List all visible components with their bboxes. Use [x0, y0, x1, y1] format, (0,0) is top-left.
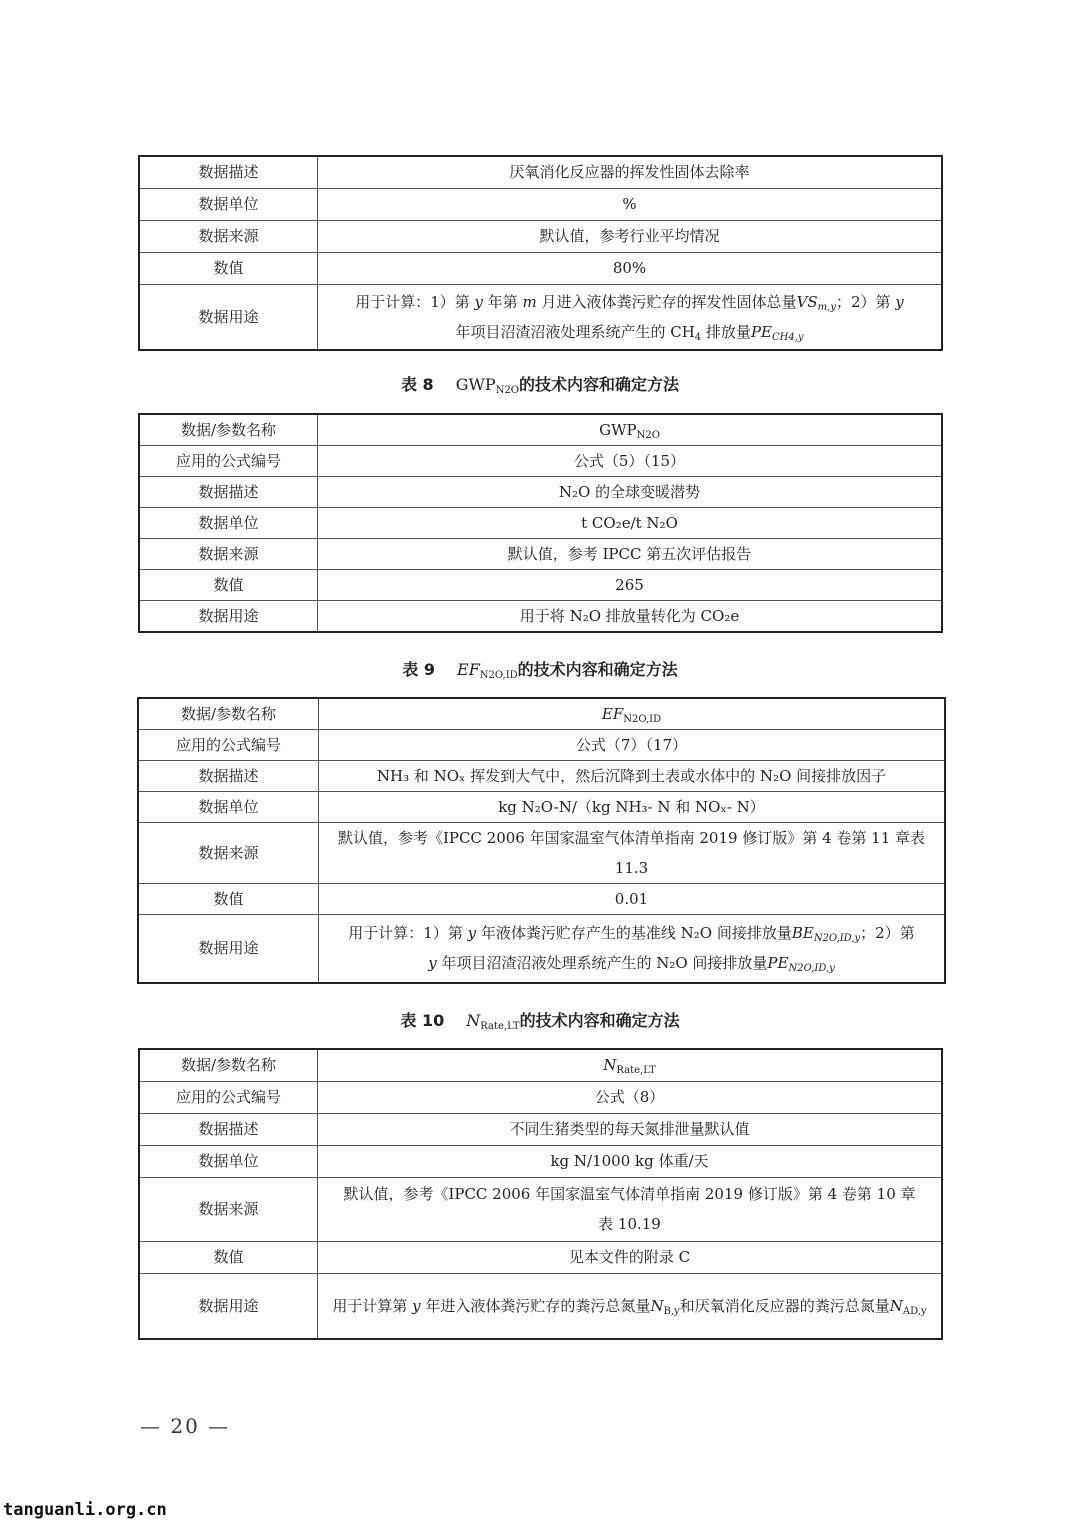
row-label: 数据用途	[139, 601, 318, 633]
table-8-caption: 表 8GWPN2O的技术内容和确定方法	[0, 372, 1080, 395]
row-value: NRate,LT	[318, 1049, 943, 1081]
math-symbol: PE	[767, 954, 788, 972]
table-row: 数据来源 默认值，参考《IPCC 2006 年国家温室气体清单指南 2019 修…	[139, 1177, 942, 1241]
table-row: 数据/参数名称 GWPN2O	[139, 414, 942, 446]
table-row: 数据单位 t CO₂e/t N₂O	[139, 508, 942, 539]
row-label: 数值	[139, 252, 318, 284]
row-value: 默认值，参考行业平均情况	[318, 220, 943, 252]
row-label: 数值	[138, 884, 319, 915]
table-row: 数据/参数名称 EFN2O,ID	[138, 698, 945, 730]
row-label: 数据单位	[139, 188, 318, 220]
table-row: 数据单位 kg N₂O-N/（kg NH₃- N 和 NOₓ- N）	[138, 792, 945, 823]
row-value: kg N/1000 kg 体重/天	[318, 1145, 943, 1177]
row-value: 用于将 N₂O 排放量转化为 CO₂e	[318, 601, 943, 633]
row-value: 厌氧消化反应器的挥发性固体去除率	[318, 156, 943, 188]
row-label: 数据/参数名称	[138, 698, 319, 730]
table-8: 数据/参数名称 GWPN2O 应用的公式编号 公式（5）（15） 数据描述 N₂…	[138, 413, 943, 633]
row-value: 80%	[318, 252, 943, 284]
table-9: 数据/参数名称 EFN2O,ID 应用的公式编号 公式（7）（17） 数据描述 …	[137, 697, 946, 984]
row-value: 用于计算：1）第 y 年第 m 月进入液体粪污贮存的挥发性固体总量VSm,y；2…	[318, 284, 943, 350]
table-row: 数据/参数名称 NRate,LT	[139, 1049, 942, 1081]
table-row: 数据描述 厌氧消化反应器的挥发性固体去除率	[139, 156, 942, 188]
row-label: 数据描述	[139, 477, 318, 508]
row-label: 数据描述	[139, 156, 318, 188]
row-value: 公式（5）（15）	[318, 446, 943, 477]
math-symbol: PE	[751, 323, 772, 341]
table-row: 数据用途 用于计算：1）第 y 年液体粪污贮存产生的基准线 N₂O 间接排放量B…	[138, 915, 945, 983]
row-value: kg N₂O-N/（kg NH₃- N 和 NOₓ- N）	[319, 792, 946, 823]
math-symbol: N	[650, 1297, 663, 1315]
row-label: 数值	[139, 1241, 318, 1273]
row-label: 数据/参数名称	[139, 414, 318, 446]
row-value: 公式（7）（17）	[319, 730, 946, 761]
table-row: 数据单位 kg N/1000 kg 体重/天	[139, 1145, 942, 1177]
page-number: — 20 —	[140, 1414, 230, 1438]
row-label: 数据用途	[139, 1273, 318, 1339]
math-symbol: VS	[797, 293, 818, 311]
row-value: NH₃ 和 NOₓ 挥发到大气中，然后沉降到土表或水体中的 N₂O 间接排放因子	[319, 761, 946, 792]
row-value: 默认值，参考《IPCC 2006 年国家温室气体清单指南 2019 修订版》第 …	[319, 823, 946, 884]
table-row: 数据用途 用于将 N₂O 排放量转化为 CO₂e	[139, 601, 942, 633]
table-row: 数据来源 默认值，参考行业平均情况	[139, 220, 942, 252]
row-label: 应用的公式编号	[139, 446, 318, 477]
row-label: 数据描述	[138, 761, 319, 792]
row-value: 不同生猪类型的每天氮排泄量默认值	[318, 1113, 943, 1145]
row-label: 数据来源	[139, 539, 318, 570]
table-row: 数值 见本文件的附录 C	[139, 1241, 942, 1273]
math-symbol: N	[890, 1297, 903, 1315]
row-value: 见本文件的附录 C	[318, 1241, 943, 1273]
math-symbol: BE	[792, 924, 814, 942]
table-10-caption: 表 10NRate,LT的技术内容和确定方法	[0, 1008, 1080, 1031]
table-row: 数值 265	[139, 570, 942, 601]
row-value: 默认值，参考《IPCC 2006 年国家温室气体清单指南 2019 修订版》第 …	[318, 1177, 943, 1241]
row-value: 用于计算第 y 年进入液体粪污贮存的粪污总氮量NB,y和厌氧消化反应器的粪污总氮…	[318, 1273, 943, 1339]
row-value: 公式（8）	[318, 1081, 943, 1113]
row-value: 用于计算：1）第 y 年液体粪污贮存产生的基准线 N₂O 间接排放量BEN2O,…	[319, 915, 946, 983]
table-row: 数据描述 NH₃ 和 NOₓ 挥发到大气中，然后沉降到土表或水体中的 N₂O 间…	[138, 761, 945, 792]
table-9-caption: 表 9EFN2O,ID的技术内容和确定方法	[0, 657, 1080, 680]
row-value: 默认值，参考 IPCC 第五次评估报告	[318, 539, 943, 570]
row-label: 数据来源	[138, 823, 319, 884]
row-value: t CO₂e/t N₂O	[318, 508, 943, 539]
row-label: 应用的公式编号	[139, 1081, 318, 1113]
row-label: 数值	[139, 570, 318, 601]
table-row: 数据用途 用于计算：1）第 y 年第 m 月进入液体粪污贮存的挥发性固体总量VS…	[139, 284, 942, 350]
row-value: EFN2O,ID	[319, 698, 946, 730]
table-row: 数据用途 用于计算第 y 年进入液体粪污贮存的粪污总氮量NB,y和厌氧消化反应器…	[139, 1273, 942, 1339]
table-10: 数据/参数名称 NRate,LT 应用的公式编号 公式（8） 数据描述 不同生猪…	[138, 1048, 943, 1340]
row-label: 数据用途	[139, 284, 318, 350]
row-value: 0.01	[319, 884, 946, 915]
table-row: 数据描述 N₂O 的全球变暖潜势	[139, 477, 942, 508]
row-value: GWPN2O	[318, 414, 943, 446]
row-value: %	[318, 188, 943, 220]
watermark: tanguanli.org.cn	[3, 1500, 167, 1520]
row-label: 数据用途	[138, 915, 319, 983]
table-row: 应用的公式编号 公式（8）	[139, 1081, 942, 1113]
row-label: 应用的公式编号	[138, 730, 319, 761]
row-value: N₂O 的全球变暖潜势	[318, 477, 943, 508]
table-row: 数据来源 默认值，参考 IPCC 第五次评估报告	[139, 539, 942, 570]
row-label: 数据来源	[139, 1177, 318, 1241]
row-label: 数据描述	[139, 1113, 318, 1145]
table-7-continuation: 数据描述 厌氧消化反应器的挥发性固体去除率 数据单位 % 数据来源 默认值，参考…	[138, 155, 943, 351]
row-value: 265	[318, 570, 943, 601]
table-row: 数据描述 不同生猪类型的每天氮排泄量默认值	[139, 1113, 942, 1145]
row-label: 数据/参数名称	[139, 1049, 318, 1081]
table-row: 应用的公式编号 公式（5）（15）	[139, 446, 942, 477]
row-label: 数据来源	[139, 220, 318, 252]
row-label: 数据单位	[139, 1145, 318, 1177]
table-row: 数值 80%	[139, 252, 942, 284]
table-row: 数据单位 %	[139, 188, 942, 220]
table-row: 数据来源 默认值，参考《IPCC 2006 年国家温室气体清单指南 2019 修…	[138, 823, 945, 884]
table-row: 数值 0.01	[138, 884, 945, 915]
row-label: 数据单位	[139, 508, 318, 539]
row-label: 数据单位	[138, 792, 319, 823]
table-row: 应用的公式编号 公式（7）（17）	[138, 730, 945, 761]
